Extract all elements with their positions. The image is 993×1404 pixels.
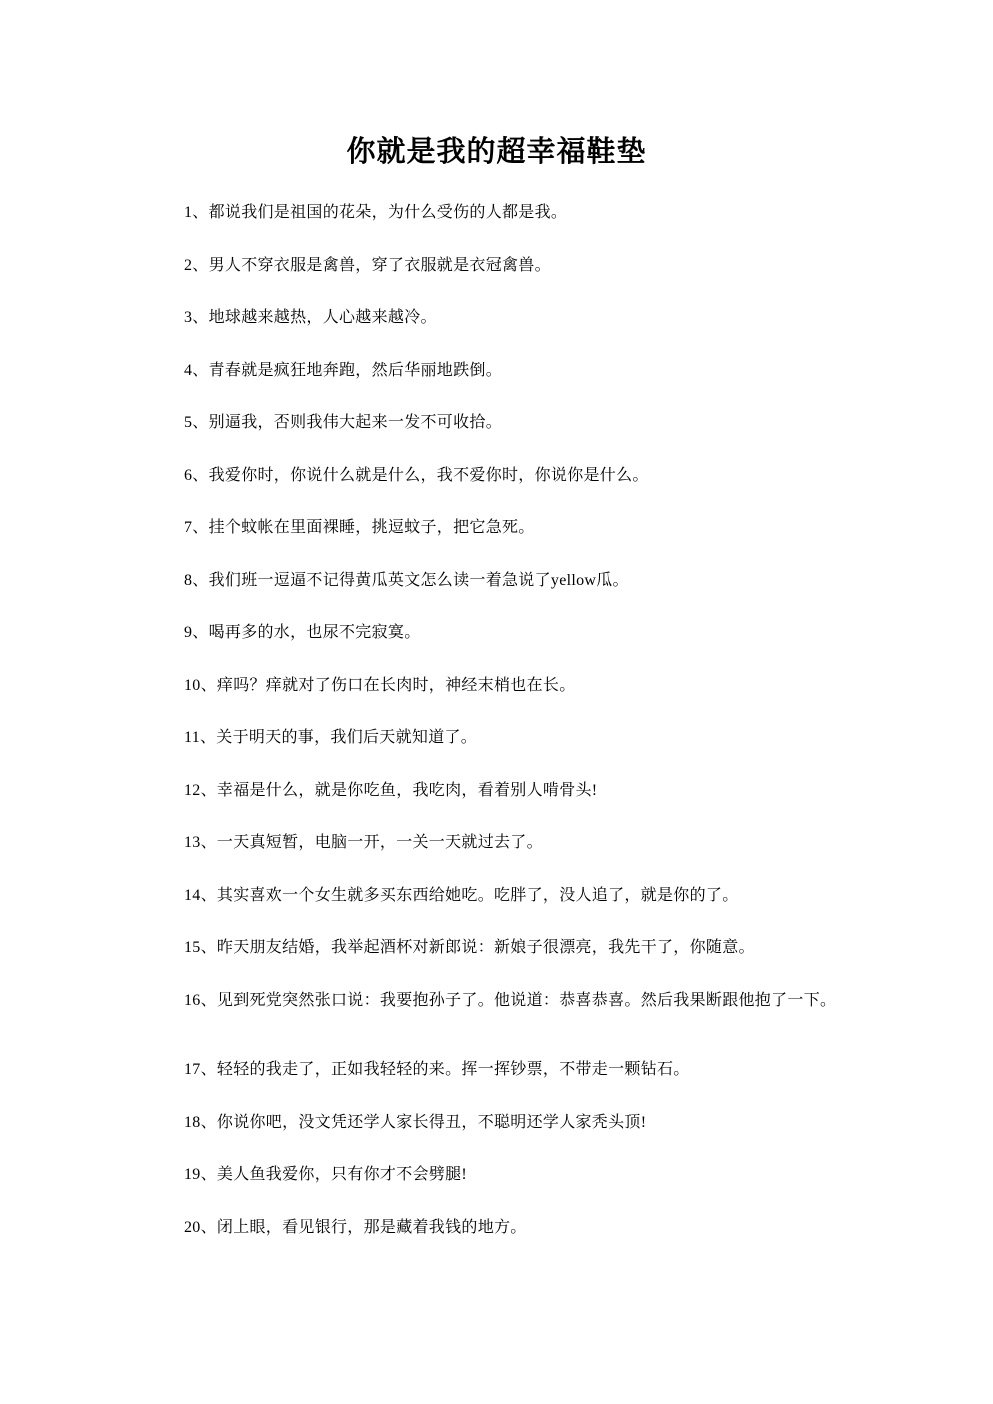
quote-item: 8、我们班一逗逼不记得黄瓜英文怎么读一着急说了yellow瓜。	[184, 555, 953, 608]
quote-item: 5、别逼我，否则我伟大起来一发不可收拾。	[184, 397, 953, 450]
quote-item: 17、轻轻的我走了，正如我轻轻的来。挥一挥钞票，不带走一颗钻石。	[184, 1044, 953, 1097]
quote-item: 16、见到死党突然张口说：我要抱孙子了。他说道：恭喜恭喜。然后我果断跟他抱了一下…	[184, 975, 953, 1028]
quote-item: 15、昨天朋友结婚，我举起酒杯对新郎说：新娘子很漂亮，我先干了，你随意。	[184, 922, 953, 975]
quote-item: 6、我爱你时，你说什么就是什么，我不爱你时，你说你是什么。	[184, 450, 953, 503]
quote-item: 12、幸福是什么，就是你吃鱼，我吃肉，看着别人啃骨头!	[184, 765, 953, 818]
quote-item: 14、其实喜欢一个女生就多买东西给她吃。吃胖了，没人追了，就是你的了。	[184, 870, 953, 923]
quote-item: 4、青春就是疯狂地奔跑，然后华丽地跌倒。	[184, 345, 953, 398]
quote-item: 9、喝再多的水，也尿不完寂寞。	[184, 607, 953, 660]
document-title: 你就是我的超幸福鞋垫	[0, 0, 993, 173]
quote-item: 3、地球越来越热，人心越来越冷。	[184, 292, 953, 345]
quote-item: 19、美人鱼我爱你，只有你才不会劈腿!	[184, 1149, 953, 1202]
quotes-list: 1、都说我们是祖国的花朵，为什么受伤的人都是我。2、男人不穿衣服是禽兽，穿了衣服…	[0, 187, 993, 1254]
quote-item: 1、都说我们是祖国的花朵，为什么受伤的人都是我。	[184, 187, 953, 240]
quote-item: 10、痒吗？痒就对了伤口在长肉时，神经末梢也在长。	[184, 660, 953, 713]
quote-item: 2、男人不穿衣服是禽兽，穿了衣服就是衣冠禽兽。	[184, 240, 953, 293]
quote-item: 20、闭上眼，看见银行，那是藏着我钱的地方。	[184, 1202, 953, 1255]
quote-item: 18、你说你吧，没文凭还学人家长得丑，不聪明还学人家秃头顶!	[184, 1097, 953, 1150]
quote-item: 11、关于明天的事，我们后天就知道了。	[184, 712, 953, 765]
quote-item: 13、一天真短暂，电脑一开，一关一天就过去了。	[184, 817, 953, 870]
document-page: 你就是我的超幸福鞋垫 1、都说我们是祖国的花朵，为什么受伤的人都是我。2、男人不…	[0, 0, 993, 1404]
quote-item: 7、挂个蚊帐在里面裸睡，挑逗蚊子，把它急死。	[184, 502, 953, 555]
